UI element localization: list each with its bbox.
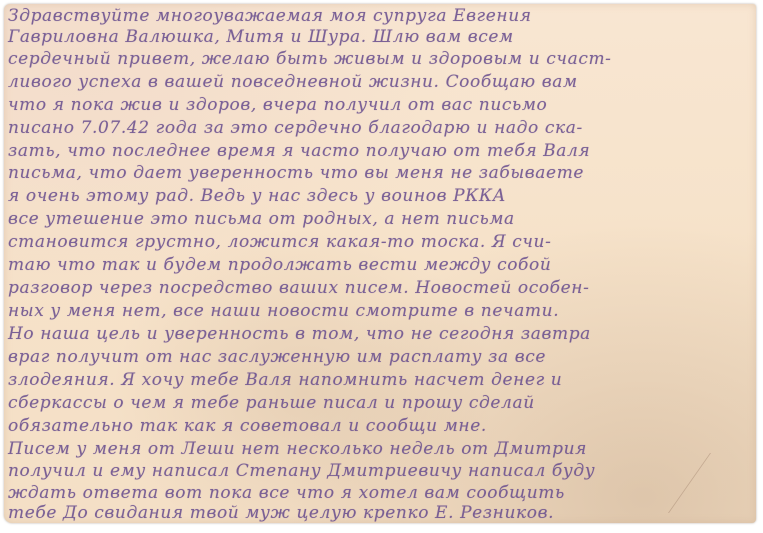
letter-line: сберкассы о чем я тебе раньше писал и пр… [8,392,535,414]
letter-line: Но наша цель и уверенность в том, что не… [8,323,591,345]
letter-line: Гавриловна Валюшка, Митя и Шура. Шлю вам… [8,26,514,48]
letter-line: разговор через посредство ваших писем. Н… [8,277,589,299]
letter-line: что я пока жив и здоров, вчера получил о… [8,94,547,116]
letter-line: тебе До свидания твой муж целую крепко Е… [8,502,554,524]
letter-line: ждать ответа вот пока все что я хотел ва… [8,482,565,504]
letter-line: становится грустно, ложится какая-то тос… [8,231,551,253]
letter-line: я очень этому рад. Ведь у нас здесь у во… [8,185,506,207]
letter-line: сердечный привет, желаю быть живым и здо… [8,48,612,70]
letter-line: враг получит от нас заслуженную им распл… [8,346,546,368]
letter-line: Писем у меня от Леши нет несколько недел… [8,438,587,460]
paper-crease [668,453,763,513]
letter-line: письма, что дает уверенность что вы меня… [8,162,584,184]
letter-line: все утешение это письма от родных, а нет… [8,208,515,230]
letter-line: Здравствуйте многоуважаемая моя супруга … [8,5,532,27]
letter-line: писано 7.07.42 года за это сердечно благ… [8,117,583,139]
letter-line: ливого успеха в вашей повседневной жизни… [8,71,578,93]
letter-line: ных у меня нет, все наши новости смотрит… [8,300,559,322]
letter-line: зать, что последнее время я часто получа… [8,140,590,162]
letter-line: таю что так и будем продолжать вести меж… [8,254,551,276]
letter-line: злодеяния. Я хочу тебе Валя напомнить на… [8,369,562,391]
letter-line: обязательно так как я советовал и сообщи… [8,415,487,437]
letter-line: получил и ему написал Степану Дмитриевич… [8,460,595,482]
